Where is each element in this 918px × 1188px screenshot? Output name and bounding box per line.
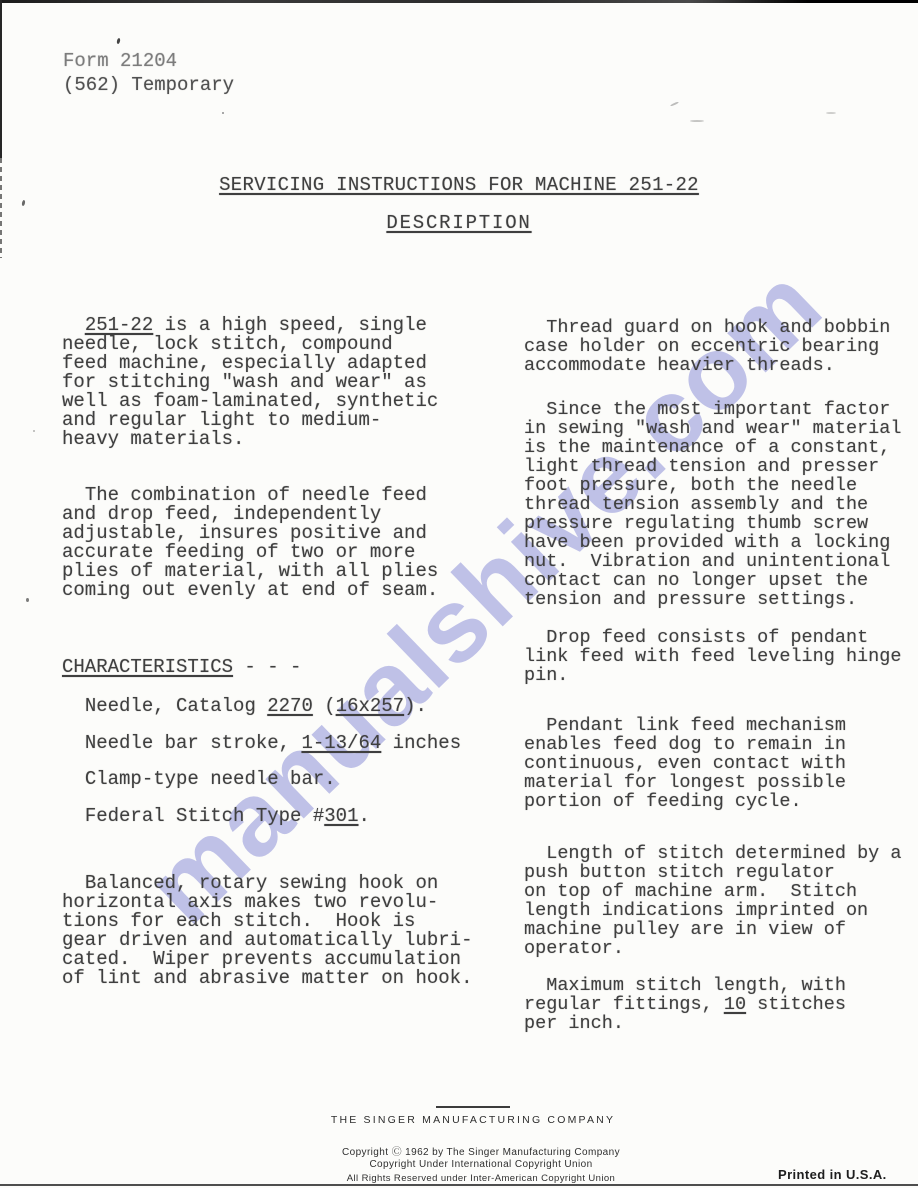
stroke-value: 1-13/64 [301,732,381,754]
scan-speck [116,38,120,45]
form-status: (562) Temporary [63,76,234,95]
item-text: . [358,805,369,827]
footer-rule [436,1106,510,1108]
copyright-line-1: Copyright Ⓒ 1962 by The Singer Manufactu… [342,1143,620,1158]
scan-edge-top [0,0,918,3]
page-subtitle: DESCRIPTION [0,214,918,233]
scan-speck [33,430,35,432]
page-subtitle-text: DESCRIPTION [386,212,531,234]
characteristic-needle-bar-stroke: Needle bar stroke, 1-13/64 inches [62,734,507,753]
stitch-length-paragraph: Length of stitch determined by a push bu… [524,844,918,958]
form-number: Form 21204 [63,52,177,71]
stitches-per-inch-value: 10 [724,994,746,1015]
item-text: inches [381,732,461,754]
needle-size: 16x257 [336,695,404,717]
copyright-line-3: All Rights Reserved under Inter-American… [347,1173,615,1184]
rotary-hook-paragraph: Balanced, rotary sewing hook on horizont… [62,874,507,988]
scanned-manual-page: manualshive.com Form 21204 (562) Tempora… [0,0,918,1188]
scan-speck [826,112,836,114]
scan-speck [670,101,679,106]
tension-paragraph: Since the most important factor in sewin… [524,400,918,609]
scan-speck [26,598,29,602]
scan-speck [690,120,704,122]
printed-in-usa: Printed in U.S.A. [778,1167,887,1182]
pendant-link-paragraph: Pendant link feed mechanism enables feed… [524,716,918,811]
catalog-number: 2270 [267,695,313,717]
item-text: ). [404,695,427,717]
scan-edge-bottom [0,1184,918,1186]
max-stitch-paragraph: Maximum stitch length, with regular fitt… [524,976,918,1033]
item-text: ( [313,695,336,717]
company-name: THE SINGER MANUFACTURING COMPANY [331,1114,615,1126]
scan-edge-left-faded [0,158,2,258]
scan-speck [21,200,25,206]
heading-text: CHARACTERISTICS [62,656,233,678]
characteristic-needle-catalog: Needle, Catalog 2270 (16x257). [62,697,507,716]
scan-speck [222,112,224,114]
heading-dashes: - - - [233,656,301,678]
drop-feed-paragraph: Drop feed consists of pendant link feed … [524,628,918,685]
paragraph-text: is a high speed, single needle, lock sti… [62,314,438,450]
intro-paragraph: 251-22 is a high speed, single needle, l… [62,316,507,449]
page-title-text: SERVICING INSTRUCTIONS FOR MACHINE 251-2… [219,174,699,196]
copyright-line-2: Copyright Under International Copyright … [369,1159,592,1170]
thread-guard-paragraph: Thread guard on hook and bobbin case hol… [524,318,918,375]
item-text: Needle bar stroke, [62,732,301,754]
page-title: SERVICING INSTRUCTIONS FOR MACHINE 251-2… [0,176,918,195]
feed-combination-paragraph: The combination of needle feed and drop … [62,486,507,600]
characteristic-clamp-type: Clamp-type needle bar. [62,770,507,789]
characteristics-heading: CHARACTERISTICS - - - [62,658,507,677]
item-text: Needle, Catalog [62,695,267,717]
stitch-type-number: 301 [324,805,358,827]
characteristic-stitch-type: Federal Stitch Type #301. [62,807,507,826]
scan-edge-left [0,0,2,158]
item-text: Federal Stitch Type # [62,805,324,827]
